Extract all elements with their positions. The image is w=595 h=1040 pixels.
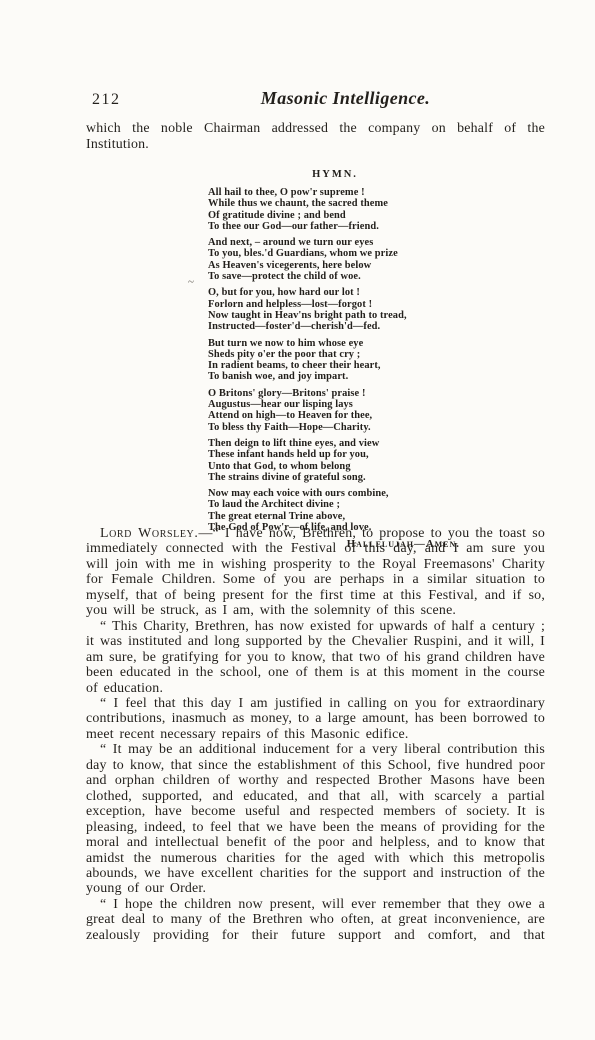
hymn-stanza-6: Then deign to lift thine eyes, and view … <box>208 438 462 483</box>
hymn-line: Then deign to lift thine eyes, and view <box>208 438 462 449</box>
hymn-line: To you, bles.'d Guardians, whom we prize <box>208 248 462 259</box>
intro-paragraph: which the noble Chairman addressed the c… <box>86 121 545 152</box>
hymn-line: To banish woe, and joy impart. <box>208 371 462 382</box>
hymn-section: HYMN. All hail to thee, O pow'r supreme … <box>208 169 462 550</box>
hymn-line: Sheds pity o'er the poor that cry ; <box>208 349 462 360</box>
speech-paragraph-4: “ It may be an additional inducement for… <box>86 742 545 897</box>
speech-paragraph-1: Lord Worsley.—“ I have now, Brethren, to… <box>86 526 545 619</box>
hymn-line: The strains divine of grateful song. <box>208 472 462 483</box>
hymn-line: In radient beams, to cheer their heart, <box>208 360 462 371</box>
hymn-stanza-2: And next, – around we turn our eyes To y… <box>208 237 462 282</box>
hymn-line: As Heaven's vicegerents, here below <box>208 260 462 271</box>
hymn-stanza-4: But turn we now to him whose eye Sheds p… <box>208 338 462 383</box>
speech-paragraph-text: “ I hope the children now present, will … <box>86 897 545 943</box>
hymn-line: Instructed—foster'd—cherish'd—fed. <box>208 321 462 332</box>
hymn-line: Unto that God, to whom belong <box>208 461 462 472</box>
hymn-line: To laud the Architect divine ; <box>208 499 462 510</box>
running-title: Masonic Intelligence. <box>116 88 575 109</box>
hymn-line: Now may each voice with ours combine, <box>208 488 462 499</box>
hymn-title: HYMN. <box>208 169 462 180</box>
hymn-line: To save—protect the child of woe. <box>208 271 462 282</box>
hymn-line: O Britons' glory—Britons' praise ! <box>208 388 462 399</box>
book-page: 212 Masonic Intelligence. which the nobl… <box>0 0 595 1040</box>
scan-artifact-mark: ~ <box>188 276 194 288</box>
hymn-line: To thee our God—our father—friend. <box>208 221 462 232</box>
hymn-line: And next, – around we turn our eyes <box>208 237 462 248</box>
hymn-line: Now taught in Heav'ns bright path to tre… <box>208 310 462 321</box>
speech-section: Lord Worsley.—“ I have now, Brethren, to… <box>86 526 545 943</box>
speech-paragraph-text: “ It may be an additional inducement for… <box>86 742 545 896</box>
hymn-line: The great eternal Trine above, <box>208 511 462 522</box>
page-header: 212 Masonic Intelligence. <box>86 88 545 114</box>
hymn-line: O, but for you, how hard our lot ! <box>208 287 462 298</box>
hymn-stanza-1: All hail to thee, O pow'r supreme ! Whil… <box>208 187 462 232</box>
hymn-line: These infant hands held up for you, <box>208 449 462 460</box>
hymn-line: All hail to thee, O pow'r supreme ! <box>208 187 462 198</box>
speech-paragraph-2: “ This Charity, Brethren, has now existe… <box>86 619 545 696</box>
hymn-stanza-3: O, but for you, how hard our lot ! Forlo… <box>208 287 462 332</box>
speech-paragraph-text: “ I feel that this day I am justified in… <box>86 696 545 742</box>
speech-paragraph-3: “ I feel that this day I am justified in… <box>86 696 545 742</box>
hymn-line: Augustus—hear our lisping lays <box>208 399 462 410</box>
hymn-line: Of gratitude divine ; and bend <box>208 210 462 221</box>
speech-paragraph-5: “ I hope the children now present, will … <box>86 897 545 943</box>
hymn-line: But turn we now to him whose eye <box>208 338 462 349</box>
hymn-line: Attend on high—to Heaven for thee, <box>208 410 462 421</box>
speech-paragraph-text: “ This Charity, Brethren, has now existe… <box>86 619 545 696</box>
hymn-line: Forlorn and helpless—lost—forgot ! <box>208 299 462 310</box>
hymn-line: To bless thy Faith—Hope—Charity. <box>208 422 462 433</box>
hymn-stanza-5: O Britons' glory—Britons' praise ! Augus… <box>208 388 462 433</box>
hymn-line: While thus we chaunt, the sacred theme <box>208 198 462 209</box>
speaker-name: Lord Worsley. <box>100 526 198 541</box>
